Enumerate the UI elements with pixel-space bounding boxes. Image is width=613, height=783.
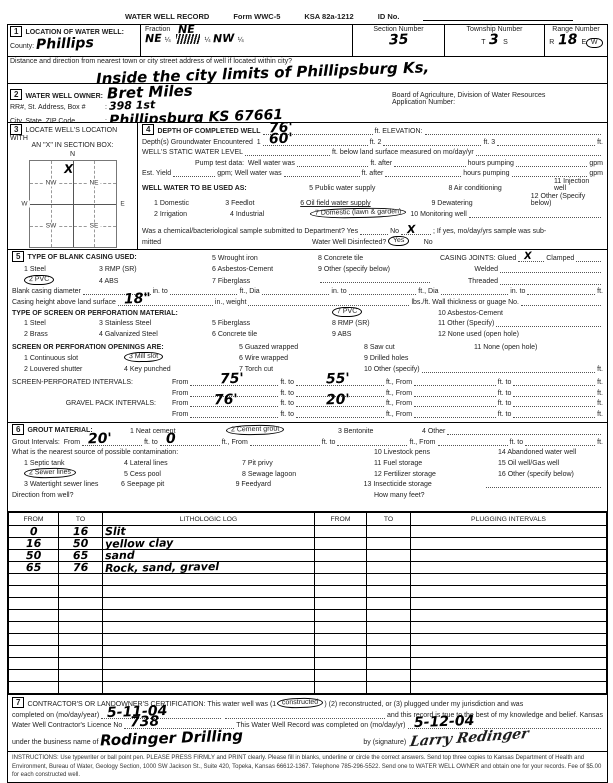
clamped-blank — [576, 253, 601, 262]
lithologic-table: FROM TO LITHOLOGIC LOG FROM TO PLUGGING … — [8, 512, 607, 694]
diameter-blank-4 — [349, 286, 417, 295]
table-row — [9, 646, 607, 658]
grid-north-label: N — [10, 151, 135, 158]
county-label: County: — [10, 43, 34, 50]
ft-to: ft. to — [510, 439, 524, 446]
address-value: 398 1st — [109, 99, 156, 112]
in-to: in. to — [510, 288, 525, 295]
ft-label: ft. — [597, 139, 603, 146]
weight-label: in., weight — [215, 299, 247, 306]
opening-option-1: 1 Continuous slot — [12, 355, 124, 362]
disinfected-yes-circled: Yes — [388, 235, 410, 245]
monitoring-blank — [469, 209, 601, 218]
table-row — [9, 610, 607, 622]
table-row — [9, 598, 607, 610]
certification-text-4: under the business name of — [12, 739, 98, 746]
spi-to-blank: 55' — [296, 377, 384, 386]
use-option-12: 12 Other (Specify below) — [531, 193, 603, 207]
gpi-to-blank: 20' — [296, 398, 384, 407]
height-value: 18" — [124, 291, 151, 306]
fraction-1-value: NE — [145, 33, 162, 45]
cell-from: 16 — [26, 538, 42, 549]
gw1-label: 1 — [257, 139, 261, 146]
col-plugging: PLUGGING INTERVALS — [411, 513, 607, 526]
spi-to2-blank — [513, 377, 595, 386]
certification-text-2: completed on (mo/day/year) — [12, 712, 99, 719]
contamination-7: 7 Pit privy — [242, 460, 374, 467]
ft-to: ft. to — [280, 400, 294, 407]
contamination-15: 15 Oil well/Gas well — [498, 460, 559, 467]
cell-to: 65 — [73, 550, 89, 561]
diameter-blank-3 — [262, 286, 330, 295]
col-to: TO — [59, 513, 103, 526]
cell-from: 65 — [26, 562, 42, 573]
casing-option-8: 8 Concrete tile — [318, 255, 440, 262]
ft-after: ft. after — [370, 160, 392, 167]
scribbled-entry: NE — [176, 34, 200, 44]
range-w: W — [591, 39, 598, 46]
casing-option-4: 4 ABS — [99, 278, 212, 285]
glued-x: X — [524, 252, 532, 262]
screen-option-4: 4 Galvanized Steel — [99, 331, 212, 338]
casing-option-5: 5 Wrought iron — [212, 255, 318, 262]
glued-blank: X — [518, 253, 544, 262]
casing-option-3: 3 RMP (SR) — [99, 266, 212, 273]
use-option-11: 11 Injection well — [554, 178, 603, 192]
disinfected-yes: Yes — [393, 236, 405, 243]
table-row — [9, 682, 607, 694]
depth-label: DEPTH OF COMPLETED WELL — [157, 128, 260, 135]
screen-option-7-circled: 7 PVC — [332, 306, 362, 317]
from-label: From — [172, 411, 188, 418]
constructed: constructed — [282, 699, 318, 707]
ft-comma-from: ft., From — [409, 439, 435, 446]
groundwater-label: Depth(s) Groundwater Encountered — [142, 139, 253, 146]
grid-ne-label: NE — [87, 179, 100, 186]
grid-west-label: W — [19, 201, 29, 208]
grout-from-value: 20' — [88, 431, 112, 446]
opening-option-3-circled: 3 Mill slot — [124, 352, 163, 363]
gpi-from-value: 76' — [214, 393, 238, 408]
grout-option-2: 2 Cement grout — [231, 426, 279, 434]
depth-cell: 4DEPTH OF COMPLETED WELL76'ft. ELEVATION… — [138, 123, 607, 249]
ft-comma-from: ft., From — [222, 439, 248, 446]
section-certification: 7CONTRACTOR'S OR LANDOWNER'S CERTIFICATI… — [8, 694, 607, 751]
sample-no-blank: X — [401, 226, 431, 235]
clamped-label: Clamped — [546, 255, 574, 262]
gpm-label: gpm — [589, 170, 603, 177]
table-row: 5065sand — [9, 550, 607, 562]
ft-comma-from: ft., From — [386, 411, 412, 418]
agency-cell: Board of Agriculture, Division of Water … — [392, 84, 607, 122]
contamination-13: 13 Insecticide storage — [364, 481, 484, 488]
quarter-glyph: ¼ — [238, 37, 244, 44]
opening-option-11: 11 None (open hole) — [474, 344, 537, 351]
disinfected-label: Water Well Disinfected? — [312, 239, 386, 246]
owner-cell: 2WATER WELL OWNER: Bret Miles RR#, St. A… — [8, 84, 392, 122]
well-water-was: Well water was — [248, 160, 295, 167]
gw3-label: ft. 3 — [483, 139, 495, 146]
screen-option-3: 3 Stainless Steel — [99, 320, 212, 327]
box-number-5: 5 — [12, 251, 24, 262]
casing-option-2-circled: 2 PVC — [24, 274, 54, 285]
threaded-blank — [500, 276, 601, 285]
use-option-3: 3 Feedlot — [225, 200, 300, 207]
table-row — [9, 634, 607, 646]
diameter-blank-5 — [441, 286, 509, 295]
ft-label: ft. — [597, 411, 603, 418]
form-body: 1LOCATION OF WATER WELL: County: Phillip… — [7, 24, 608, 783]
ft-label: ft. — [597, 288, 603, 295]
ft-label: ft. — [597, 439, 603, 446]
spi-to-value: 55' — [326, 372, 350, 387]
static-tail: ft. below land surface measured on mo/da… — [332, 149, 474, 156]
township-cell: Township Number T 3 S — [444, 25, 544, 56]
by-signature-label: by (signature) — [363, 739, 406, 746]
contamination-1: 1 Septic tank — [12, 460, 124, 467]
table-row: 6576Rock, sand, gravel — [9, 562, 607, 574]
statute-ref: KSA 82a-1212 — [304, 12, 353, 21]
contamination-other-blank — [486, 479, 601, 488]
grid-east-label: E — [118, 201, 126, 208]
col-from: FROM — [9, 513, 59, 526]
ft-to: ft. to — [498, 390, 512, 397]
township-value: 3 — [489, 33, 499, 47]
grout-option-1: 1 Neat cement — [130, 428, 226, 435]
hours-pumping: hours pumping — [463, 170, 509, 177]
table-header-row: FROM TO LITHOLOGIC LOG FROM TO PLUGGING … — [9, 513, 607, 526]
height-blank: 18" — [118, 297, 213, 306]
spi-blank — [513, 388, 595, 397]
spi-blank — [414, 388, 496, 397]
gpi-label: GRAVEL PACK INTERVALS: — [12, 400, 172, 407]
ft-comma-from: ft., From — [386, 379, 412, 386]
sample-tail: ; If yes, mo/day/yrs sample was sub- — [433, 228, 546, 235]
elevation-blank — [425, 126, 602, 135]
contamination-5: 5 Cess pool — [124, 471, 242, 478]
locate-title-1: LOCATE WELL'S LOCATION WITH — [10, 127, 117, 142]
est-yield-label: Est. Yield — [142, 170, 171, 177]
ft-label: ft. — [597, 366, 603, 373]
owner-title: WATER WELL OWNER: — [25, 93, 103, 100]
spi-label: SCREEN-PERFORATED INTERVALS: — [12, 379, 172, 386]
wall-blank — [521, 297, 601, 306]
casing-other-blank — [320, 274, 430, 283]
screen-option-6: 6 Concrete tile — [212, 331, 332, 338]
casing-option-2: 2 PVC — [29, 275, 49, 282]
welded-label: Welded — [440, 266, 498, 273]
opening-option-10: 10 Other (specify) — [364, 366, 420, 373]
grout-blank — [438, 437, 508, 446]
use-option-2: 2 Irrigation — [142, 211, 230, 218]
opening-other-blank — [422, 364, 596, 373]
grid-nw-label: NW — [44, 179, 59, 186]
casing-title: TYPE OF BLANK CASING USED: — [27, 254, 136, 261]
pump-blank-2 — [394, 158, 465, 167]
opening-option-9: 9 Drilled holes — [364, 355, 474, 362]
fraction-2-correction: NE — [177, 25, 194, 35]
gpi-blank — [296, 409, 384, 418]
ft-to: ft. to — [322, 439, 336, 446]
use-option-6: 6 Oil field water supply — [300, 200, 431, 207]
cell-log: Slit — [105, 526, 126, 537]
section-grout: 6GROUT MATERIAL:1 Neat cement2 Cement gr… — [8, 422, 607, 511]
range-value: 18 — [558, 33, 578, 48]
grout-option-4: 4 Other — [422, 428, 445, 435]
well-x-mark: X — [64, 163, 74, 175]
welded-blank — [500, 264, 601, 273]
screen-option-10: 10 Asbestos-Cement — [438, 310, 503, 317]
gpm-semi: gpm; — [217, 170, 233, 177]
instructions-block: INSTRUCTIONS: Use typewriter or ball poi… — [8, 751, 607, 782]
distance-row: Distance and direction from nearest town… — [8, 56, 607, 83]
pump-blank-1 — [297, 158, 368, 167]
table-row: 1650yellow clay — [9, 538, 607, 550]
yield-blank-3 — [385, 168, 461, 177]
cell-to: 16 — [73, 526, 89, 537]
ft-to: ft. to — [498, 379, 512, 386]
contamination-12: 12 Fertilizer storage — [374, 471, 498, 478]
from-label: From — [172, 390, 188, 397]
certification-text-1b: ) (2) reconstructed, or (3) plugged unde… — [324, 701, 523, 708]
box-number-7: 7 — [12, 697, 24, 708]
grout-to-blank: 0 — [160, 437, 220, 446]
opening-option-8: 8 Saw cut — [364, 344, 474, 351]
gpi-from-blank: 76' — [190, 398, 278, 407]
static-blank — [245, 147, 330, 156]
box-number-3: 3 — [10, 124, 22, 135]
sample-yes-blank — [360, 226, 388, 235]
table-row: 016Slit — [9, 526, 607, 538]
cell-from: 50 — [26, 550, 42, 561]
screen-option-9: 9 ABS — [332, 331, 438, 338]
how-many-feet-label: How many feet? — [374, 492, 425, 499]
sample-tail-2: mitted — [142, 239, 312, 246]
casing-height-label: Casing height above land surface — [12, 299, 116, 306]
gpi-to-value: 20' — [326, 393, 350, 408]
county-value: Phillips — [36, 36, 94, 52]
colon: : — [105, 104, 107, 111]
in-to: in. to — [331, 288, 346, 295]
static-level-label: WELL'S STATIC WATER LEVEL — [142, 149, 243, 156]
contamination-11: 11 Fuel storage — [374, 460, 498, 467]
gpi-blank — [513, 409, 595, 418]
grout-intervals-label: Grout Intervals: — [12, 439, 60, 446]
grout-option-2-circled: 2 Cement grout — [226, 424, 284, 435]
table-row — [9, 622, 607, 634]
grout-blank — [337, 437, 407, 446]
disinfected-no: No — [424, 239, 433, 246]
opening-option-5: 5 Guazed wrapped — [239, 344, 364, 351]
screen-option-11: 11 Other (Specify) — [438, 320, 494, 327]
cell-log: Rock, sand, gravel — [105, 562, 219, 574]
col-from-2: FROM — [315, 513, 367, 526]
range-cell: Range Number R 18 EW — [544, 25, 607, 56]
gw3-blank — [497, 137, 595, 146]
box-number-1: 1 — [10, 26, 22, 37]
screen-other-blank — [496, 318, 601, 327]
section-number-value: 35 — [389, 33, 409, 48]
id-blank-line — [423, 13, 573, 21]
opening-option-3: 3 Mill slot — [129, 353, 158, 361]
contamination-2: 2 Sewer lines — [29, 468, 71, 476]
box-number-4: 4 — [142, 124, 154, 135]
contamination-6: 6 Seepage pit — [121, 481, 236, 488]
sample-question: Was a chemical/bacteriological sample su… — [142, 228, 358, 235]
grid-line — [94, 161, 95, 247]
yield-blank-2 — [284, 168, 360, 177]
grid-line — [51, 161, 52, 247]
gw1-value: 60' — [268, 131, 292, 146]
grout-other-blank — [447, 426, 601, 435]
county-cell: 1LOCATION OF WATER WELL: County: Phillip… — [8, 25, 140, 56]
grout-to-value: 0 — [165, 431, 175, 445]
table-row — [9, 658, 607, 670]
township-s: S — [503, 39, 508, 46]
ft-to: ft. to — [280, 390, 294, 397]
grid-line — [30, 226, 116, 227]
grout-blank — [250, 437, 320, 446]
screen-option-8: 8 RMP (SR) — [332, 320, 438, 327]
range-r: R — [549, 39, 554, 46]
section-owner: 2WATER WELL OWNER: Bret Miles RR#, St. A… — [8, 83, 607, 122]
ft-label: ft. — [597, 379, 603, 386]
gpi-blank — [414, 398, 496, 407]
form-header: WATER WELL RECORD Form WWC-5 KSA 82a-121… — [7, 12, 608, 21]
locate-title-2: AN "X" IN SECTION BOX: — [10, 142, 135, 149]
form-title: WATER WELL RECORD — [125, 12, 209, 21]
gw2-label: ft. 2 — [370, 139, 382, 146]
ft-comma-from: ft., From — [386, 400, 412, 407]
constructed-circled: constructed — [277, 698, 323, 709]
quarter-glyph: ¼ — [165, 37, 171, 44]
col-to-2: TO — [367, 513, 411, 526]
elevation-label: ft. ELEVATION: — [375, 128, 423, 135]
grid-sw-label: SW — [44, 222, 58, 229]
opening-option-2: 2 Louvered shutter — [12, 366, 124, 373]
table-row — [9, 670, 607, 682]
screen-option-5: 5 Fiberglass — [212, 320, 332, 327]
gpm-label: gpm — [589, 160, 603, 167]
ft-comma-from: ft., From — [386, 390, 412, 397]
ft-after: ft. after — [362, 170, 384, 177]
grid-se-label: SE — [88, 222, 101, 229]
yield-blank — [173, 168, 215, 177]
screen-title: TYPE OF SCREEN OR PERFORATION MATERIAL: — [12, 310, 178, 317]
contamination-3: 3 Watertight sewer lines — [12, 481, 121, 488]
cell-log: yellow clay — [105, 538, 173, 550]
fraction-label: Fraction — [145, 26, 348, 33]
ft-label: ft. — [597, 390, 603, 397]
box-number-2: 2 — [10, 89, 22, 100]
yield-blank-4 — [512, 168, 588, 177]
ft-to: ft. to — [498, 411, 512, 418]
record-date: 5-12-04 — [413, 714, 474, 730]
hours-pumping: hours pumping — [468, 160, 514, 167]
screen-option-2: 2 Brass — [12, 331, 99, 338]
grout-from-blank: 20' — [82, 437, 142, 446]
cell-from: 0 — [30, 526, 38, 537]
quarter-glyph: ¼ — [205, 37, 211, 44]
use-option-8: 8 Air conditioning — [448, 185, 553, 192]
table-row — [9, 574, 607, 586]
wall-label: lbs./ft. Wall thickness or guage No. — [411, 299, 519, 306]
fraction-3-value: NW — [213, 33, 235, 45]
sample-no-label: No — [390, 228, 399, 235]
use-option-10: 10 Monitoring well — [410, 211, 466, 218]
diameter-label: Blank casing diameter — [12, 288, 81, 295]
contamination-10: 10 Livestock pens — [374, 449, 498, 456]
gpi-blank — [513, 398, 595, 407]
screen-option-7: 7 PVC — [337, 307, 357, 314]
grout-blank — [525, 437, 595, 446]
spi-from-blank: 75' — [190, 377, 278, 386]
openings-title: SCREEN OR PERFORATION OPENINGS ARE: — [12, 344, 164, 351]
diameter-blank-6 — [527, 286, 595, 295]
use-option-9: 9 Dewatering — [431, 200, 530, 207]
gw2-blank — [383, 137, 481, 146]
cell-to: 76 — [73, 562, 89, 573]
joints-label: CASING JOINTS: Glued — [440, 255, 516, 262]
contamination-2-circled: 2 Sewer lines — [24, 467, 76, 478]
lithologic-table-section: FROM TO LITHOLOGIC LOG FROM TO PLUGGING … — [8, 511, 607, 694]
section-box-cell: 3LOCATE WELL'S LOCATION WITH AN "X" IN S… — [8, 123, 138, 249]
col-log: LITHOLOGIC LOG — [103, 513, 315, 526]
from-label: From — [172, 400, 188, 407]
contamination-9: 9 Feedyard — [236, 481, 364, 488]
agency-name: Board of Agriculture, Division of Water … — [392, 92, 603, 99]
range-w-circled: W — [586, 38, 603, 48]
use-option-4: 4 Industrial — [230, 211, 310, 218]
grout-option-3: 3 Bentonite — [338, 428, 422, 435]
licence-number: 738 — [130, 714, 160, 729]
ft-to: ft. to — [144, 439, 158, 446]
fraction-cell: Fraction NE ¼ NE ¼ NW ¼ — [140, 25, 352, 56]
ft-dia: ft., Dia — [418, 288, 438, 295]
ft-dia: ft., Dia — [239, 288, 259, 295]
use-option-5: 5 Public water supply — [309, 185, 448, 192]
from-label: From — [64, 439, 80, 446]
spi-from2-blank — [414, 377, 496, 386]
casing-option-7: 7 Fiberglass — [212, 278, 318, 285]
contamination-8: 8 Sewage lagoon — [242, 471, 374, 478]
section-location: 1LOCATION OF WATER WELL: County: Phillip… — [8, 25, 607, 56]
contamination-16: 16 Other (specify below) — [498, 471, 574, 478]
contamination-4: 4 Lateral lines — [124, 460, 242, 467]
ft-to: ft. to — [280, 379, 294, 386]
scanned-form: WATER WELL RECORD Form WWC-5 KSA 82a-121… — [0, 0, 613, 779]
certification-text-3: Water Well Contractor's Licence No — [12, 722, 122, 729]
casing-option-6: 6 Asbestos-Cement — [212, 266, 318, 273]
cell-log: sand — [105, 550, 135, 562]
section-grid: NW NE SW SE W E X — [29, 160, 117, 248]
sample-no-x: X — [407, 223, 416, 234]
form-number: Form WWC-5 — [233, 12, 280, 21]
application-number-label: Application Number: — [392, 99, 603, 106]
grid-line — [30, 183, 116, 184]
gpi-blank — [190, 409, 278, 418]
address-label: RR#, St. Address, Box # — [10, 104, 105, 111]
section-number-cell: Section Number 35 — [352, 25, 444, 56]
section-casing: 5TYPE OF BLANK CASING USED:5 Wrought iro… — [8, 249, 607, 422]
well-water-was: Well water was — [235, 170, 282, 177]
weight-blank — [248, 297, 409, 306]
use-option-7-circled: 7 Domestic (lawn & garden) — [310, 207, 407, 219]
static-date-blank — [476, 147, 601, 156]
id-label: ID No. — [378, 12, 400, 21]
opening-option-6: 6 Wire wrapped — [239, 355, 364, 362]
box-number-6: 6 — [12, 424, 24, 435]
